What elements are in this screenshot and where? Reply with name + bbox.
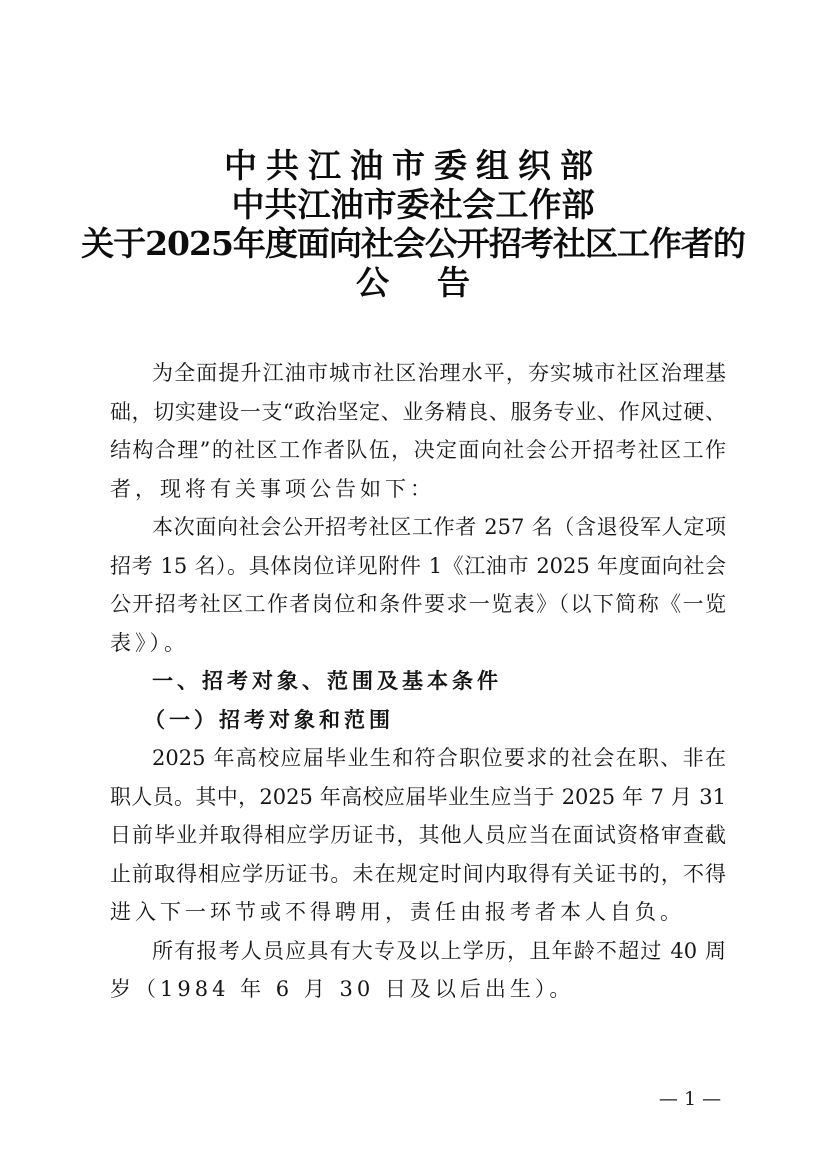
paragraph-intro-line: 者，现将有关事项公告如下： [110, 470, 726, 509]
section-heading-1: 一、招考对象、范围及基本条件 [110, 662, 726, 701]
title-announcement: 公告 [0, 263, 826, 302]
document-title: 中共江油市委组织部 中共江油市委社会工作部 关于2025年度面向社会公开招考社区… [0, 146, 826, 302]
paragraph-intro-line: 础，切实建设一支“政治坚定、业务精良、服务专业、作风过硬、 [110, 393, 726, 432]
paragraph-scope-line: 止前取得相应学历证书。未在规定时间内取得有关证书的，不得 [110, 855, 726, 894]
paragraph-scope-line: 进入下一环节或不得聘用，责任由报考者本人自负。 [110, 893, 726, 932]
paragraph-eligibility-line: 岁（1984 年 6 月 30 日及以后出生）。 [110, 970, 726, 1009]
paragraph-quota-line: 招考 15 名）。具体岗位详见附件 1《江油市 2025 年度面向社会 [110, 547, 726, 586]
document-body: 为全面提升江油市城市社区治理水平，夯实城市社区治理基 础，切实建设一支“政治坚定… [110, 354, 726, 1009]
paragraph-intro-line: 结构合理”的社区工作者队伍，决定面向社会公开招考社区工作 [110, 431, 726, 470]
paragraph-quota-line: 公开招考社区工作者岗位和条件要求一览表》（以下简称《一览 [110, 585, 726, 624]
paragraph-quota-line: 表》）。 [110, 624, 726, 663]
title-subject: 关于2025年度面向社会公开招考社区工作者的 [0, 224, 826, 263]
title-issuer-1: 中共江油市委组织部 [0, 146, 826, 185]
subsection-heading-1: （一）招考对象和范围 [110, 701, 726, 740]
title-issuer-2: 中共江油市委社会工作部 [0, 185, 826, 224]
paragraph-eligibility-line: 所有报考人员应具有大专及以上学历，且年龄不超过 40 周 [110, 932, 726, 971]
paragraph-scope-line: 2025 年高校应届毕业生和符合职位要求的社会在职、非在 [110, 739, 726, 778]
paragraph-intro-line: 为全面提升江油市城市社区治理水平，夯实城市社区治理基 [110, 354, 726, 393]
page-number: — 1 — [640, 1088, 740, 1110]
paragraph-quota-line: 本次面向社会公开招考社区工作者 257 名（含退役军人定项 [110, 508, 726, 547]
paragraph-scope-line: 职人员。其中，2025 年高校应届毕业生应当于 2025 年 7 月 31 [110, 778, 726, 817]
document-page: 中共江油市委组织部 中共江油市委社会工作部 关于2025年度面向社会公开招考社区… [0, 0, 826, 1169]
paragraph-scope-line: 日前毕业并取得相应学历证书，其他人员应当在面试资格审查截 [110, 816, 726, 855]
